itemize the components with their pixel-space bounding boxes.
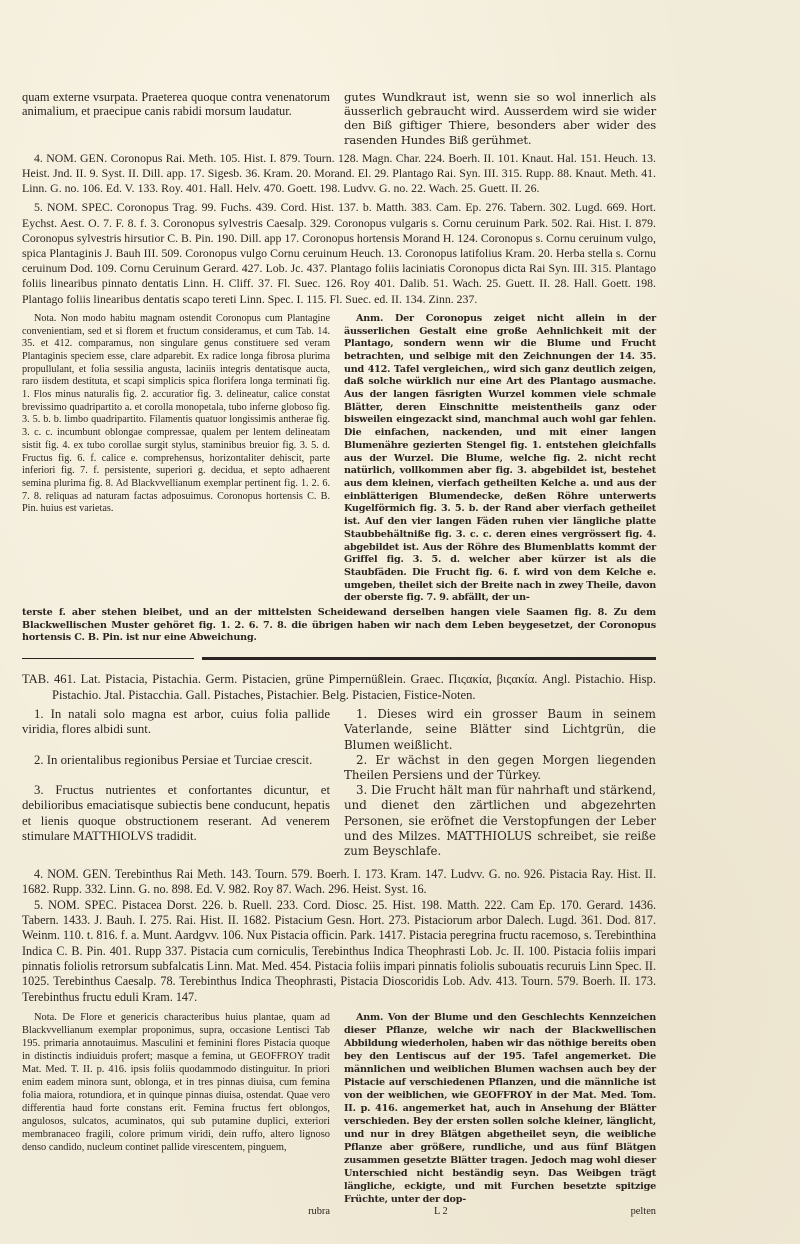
signature-mark: L 2 [344,1206,448,1217]
tab-461-item-1: 1. In natali solo magna est arbor, cuius… [22,707,656,753]
top-section: quam externe vsurpata. Praeterea quoque … [22,90,656,147]
catchword-right: pelten [631,1206,656,1217]
tab-461-item-2: 2. In orientalibus regionibus Persiae et… [22,753,656,783]
book-page: quam externe vsurpata. Praeterea quoque … [22,90,656,1217]
coronopus-nota-latin: Nota. Non modo habitu magnam ostendit Co… [22,313,330,605]
pistacia-nom-gen: 4. NOM. GEN. Terebinthus Rai Meth. 143. … [22,867,656,898]
coronopus-nom-gen: 4. NOM. GEN. Coronopus Rai. Meth. 105. H… [22,151,656,197]
tab-461-item-3: 3. Fructus nutrientes et confortantes di… [22,783,656,859]
thin-rule [22,658,194,659]
pistacia-nom-spec: 5. NOM. SPEC. Pistacea Dorst. 226. b. Ru… [22,898,656,1005]
coronopus-notes: Nota. Non modo habitu magnam ostendit Co… [22,313,656,605]
footer-right: L 2 pelten [344,1206,656,1217]
coronopus-anm-german-continuation: terste f. aber stehen bleibet, und an de… [22,607,656,645]
thick-rule [202,657,656,660]
pistacia-notes: Nota. De Flore et genericis characteribu… [22,1011,656,1206]
catchword-left: rubra [22,1206,330,1217]
tab-461-heading: TAB. 461. Lat. Pistacia, Pistachia. Germ… [22,671,656,703]
page-footer: rubra L 2 pelten [22,1206,656,1217]
section-separator [22,657,656,661]
item-2-latin: 2. In orientalibus regionibus Persiae et… [22,753,330,783]
item-3-german: 3. Die Frucht hält man für nahrhaft und … [344,783,656,859]
pistacia-anm-german: Anm. Von der Blume und den Geschlechts K… [344,1011,656,1206]
item-1-german: 1. Dieses wird ein grosser Baum in seine… [344,707,656,753]
top-latin-paragraph: quam externe vsurpata. Praeterea quoque … [22,90,330,147]
item-2-german: 2. Er wächst in den gegen Morgen liegend… [344,753,656,783]
item-3-latin: 3. Fructus nutrientes et confortantes di… [22,783,330,859]
coronopus-anm-german: Anm. Der Coronopus zeiget nicht allein i… [344,313,656,605]
top-german-paragraph: gutes Wundkraut ist, wenn sie so wol inn… [344,90,656,147]
item-1-latin: 1. In natali solo magna est arbor, cuius… [22,707,330,753]
coronopus-nom-spec: 5. NOM. SPEC. Coronopus Trag. 99. Fuchs.… [22,200,656,306]
pistacia-nota-latin: Nota. De Flore et genericis characteribu… [22,1011,330,1206]
